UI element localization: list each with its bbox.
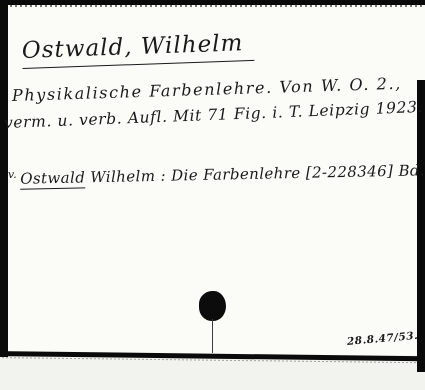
scanned-catalog-card: Ostwald, Wilhelm Physikalische Farbenleh… xyxy=(0,0,425,390)
punch-hole-slit xyxy=(212,319,213,353)
cross-reference-prefix: v. xyxy=(8,168,17,181)
punch-hole-icon xyxy=(199,291,226,321)
cross-reference-author: Ostwald xyxy=(20,168,85,189)
scan-border-top xyxy=(0,0,425,5)
scan-border-left xyxy=(0,0,8,357)
scan-border-right xyxy=(417,80,425,372)
